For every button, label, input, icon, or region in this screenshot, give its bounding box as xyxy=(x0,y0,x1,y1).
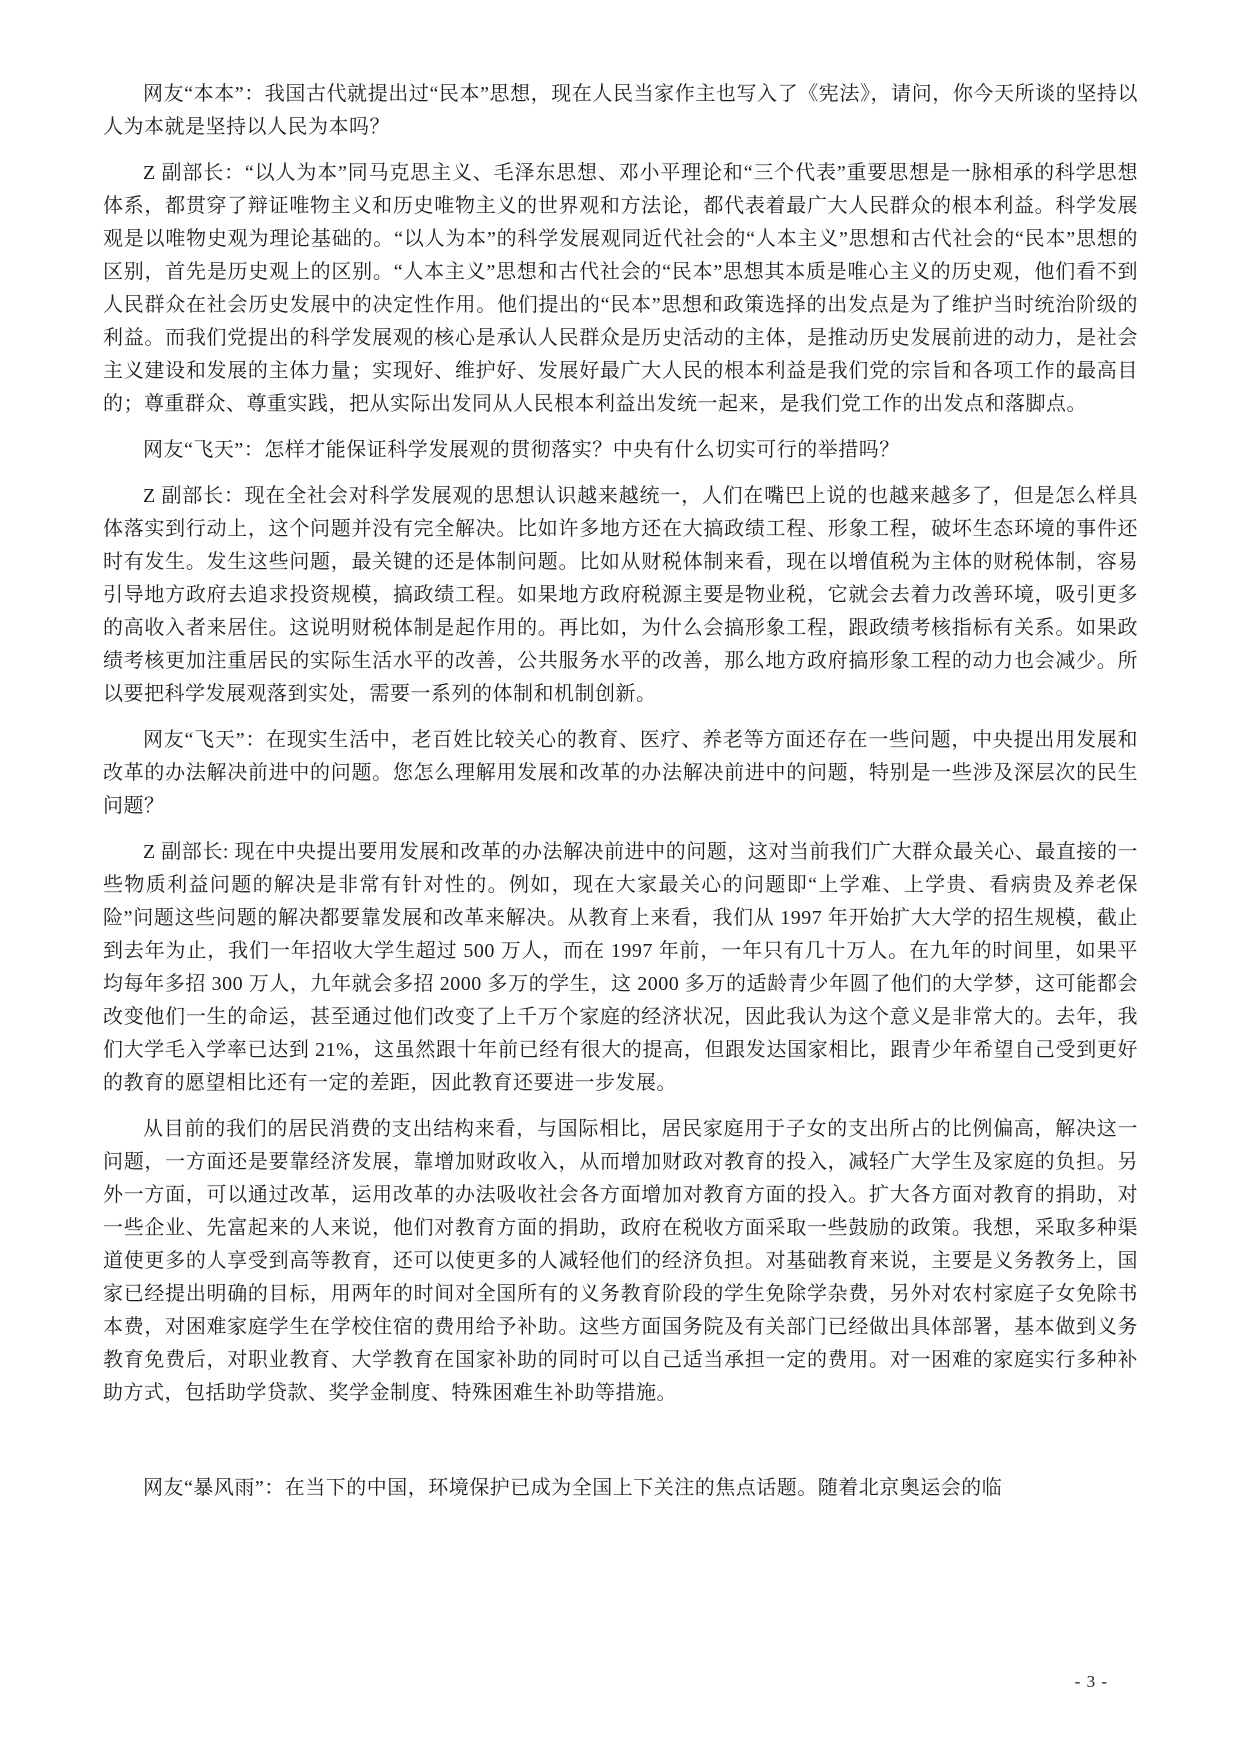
paragraph-answer-education-development: Z 副部长: 现在中央提出要用发展和改革的办法解决前进中的问题，这对当前我们广大… xyxy=(103,836,1138,1100)
document-page: 网友“本本”：我国古代就提出过“民本”思想，现在人民当家作主也写入了《宪法》，请… xyxy=(0,0,1241,1754)
document-body: 网友“本本”：我国古代就提出过“民本”思想，现在人民当家作主也写入了《宪法》，请… xyxy=(103,78,1138,1505)
paragraph-question-baofengyu: 网友“暴风雨”：在当下的中国，环境保护已成为全国上下关注的焦点话题。随着北京奥运… xyxy=(103,1472,1138,1505)
paragraph-answer-people-oriented: Z 副部长：“以人为本”同马克思主义、毛泽东思想、邓小平理论和“三个代表”重要思… xyxy=(103,157,1138,421)
paragraph-question-feitian-1: 网友“飞天”：怎样才能保证科学发展观的贯彻落实？中央有什么切实可行的举措吗？ xyxy=(103,434,1138,467)
paragraph-answer-implementation: Z 副部长：现在全社会对科学发展观的思想认识越来越统一，人们在嘴巴上说的也越来越… xyxy=(103,480,1138,711)
paragraph-answer-education-spending: 从目前的我们的居民消费的支出结构来看，与国际相比，居民家庭用于子女的支出所占的比… xyxy=(103,1113,1138,1410)
page-number: - 3 - xyxy=(1075,1672,1108,1692)
paragraph-question-feitian-2: 网友“飞天”：在现实生活中，老百姓比较关心的教育、医疗、养老等方面还存在一些问题… xyxy=(103,724,1138,823)
paragraph-question-benben: 网友“本本”：我国古代就提出过“民本”思想，现在人民当家作主也写入了《宪法》，请… xyxy=(103,78,1138,144)
